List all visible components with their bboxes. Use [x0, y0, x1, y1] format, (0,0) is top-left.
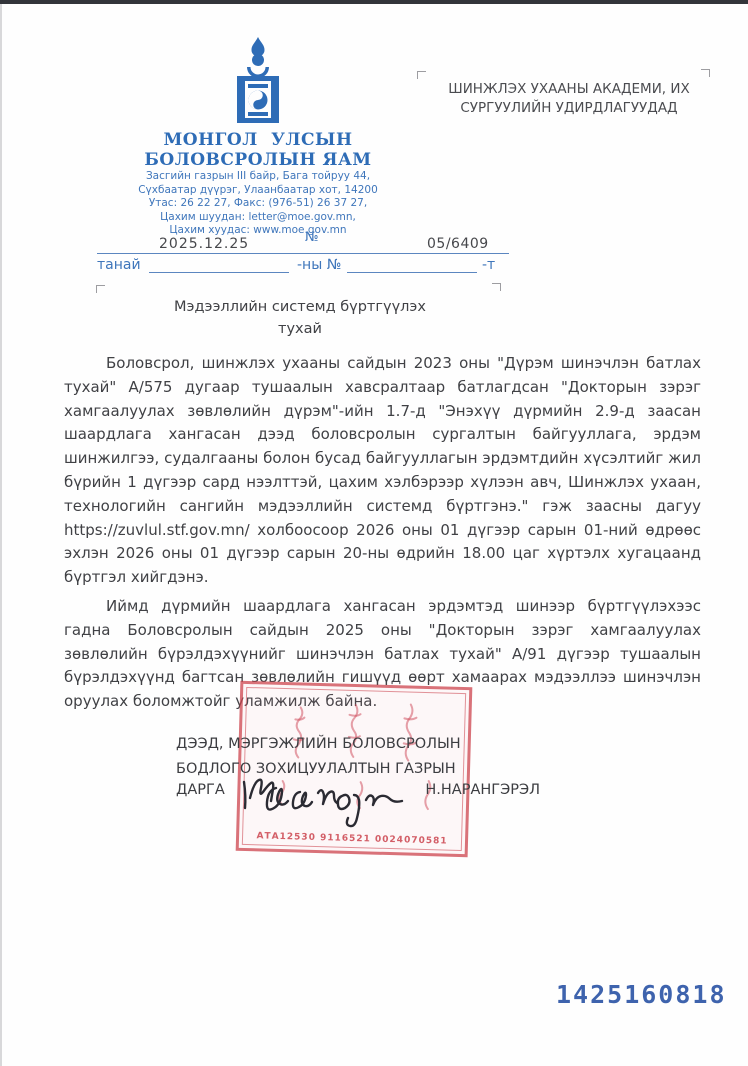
ministry-name-line2: БОЛОВСРОЛЫН ЯАМ [110, 150, 406, 170]
subject-line1: Мэдээллийн системд бүртгүүлэх [105, 296, 495, 318]
your-ref-blank-line [149, 255, 289, 273]
soyombo-emblem-icon [226, 36, 290, 128]
document-id-stamp: 1425160818 [556, 980, 727, 1009]
address-line-email: Цахим шуудан: letter@moe.gov.mn, [95, 211, 421, 225]
signature-scribble [238, 768, 408, 830]
your-ref-suffix: -т [482, 257, 495, 273]
reference-block: 2025.12.25 № 05/6409 танай -ны № -т [97, 234, 509, 276]
body-paragraph-1: Боловсрол, шинжлэх ухааны сайдын 2023 он… [64, 352, 701, 590]
signer-name: Н.НАРАНГЭРЭЛ [425, 782, 540, 798]
crop-mark [96, 285, 105, 293]
your-ref-mid: -ны № [297, 257, 341, 273]
ministry-name-line1: МОНГОЛ УЛСЫН [110, 130, 406, 150]
address-line: Сүхбаатар дүүрэг, Улаанбаатар хот, 14200 [95, 184, 421, 198]
number-symbol: № [305, 230, 319, 245]
reference-row-in: танай -ны № -т [97, 255, 509, 276]
crop-mark [492, 283, 501, 291]
scan-edge-top [0, 0, 748, 4]
addressee-line2: СУРГУУЛИЙН УДИРДЛАГУУДАД [424, 99, 714, 118]
subject-line: Мэдээллийн системд бүртгүүлэх тухай [105, 296, 495, 340]
subject-line2: тухай [105, 318, 495, 340]
address-line: Утас: 26 22 27, Факс: (976-51) 26 37 27, [95, 197, 421, 211]
scanned-letter-page: МОНГОЛ УЛСЫН БОЛОВСРОЛЫН ЯАМ Засгийн газ… [0, 0, 748, 1066]
signer-title-line3: ДАРГА [176, 782, 225, 798]
addressee-line1: ШИНЖЛЭХ УХААНЫ АКАДЕМИ, ИХ [424, 80, 714, 99]
reference-row-out: 2025.12.25 № 05/6409 [97, 234, 509, 254]
letter-date: 2025.12.25 [159, 236, 249, 252]
scan-edge-left [0, 4, 2, 1066]
signer-title-line1: ДЭЭД, МЭРГЭЖЛИЙН БОЛОВСРОЛЫН [176, 732, 556, 757]
crop-mark [701, 69, 710, 77]
your-ref-blank-line [347, 255, 477, 273]
ministry-name: МОНГОЛ УЛСЫН БОЛОВСРОЛЫН ЯАМ [110, 130, 406, 170]
address-line: Засгийн газрын III байр, Бага тойруу 44, [95, 170, 421, 184]
ministry-address: Засгийн газрын III байр, Бага тойруу 44,… [95, 170, 421, 238]
letter-body: Боловсрол, шинжлэх ухааны сайдын 2023 он… [64, 352, 701, 714]
crop-mark [417, 71, 426, 79]
addressee: ШИНЖЛЭХ УХААНЫ АКАДЕМИ, ИХ СУРГУУЛИЙН УД… [424, 80, 714, 118]
letter-number: 05/6409 [427, 236, 489, 252]
your-ref-prefix: танай [97, 257, 141, 273]
